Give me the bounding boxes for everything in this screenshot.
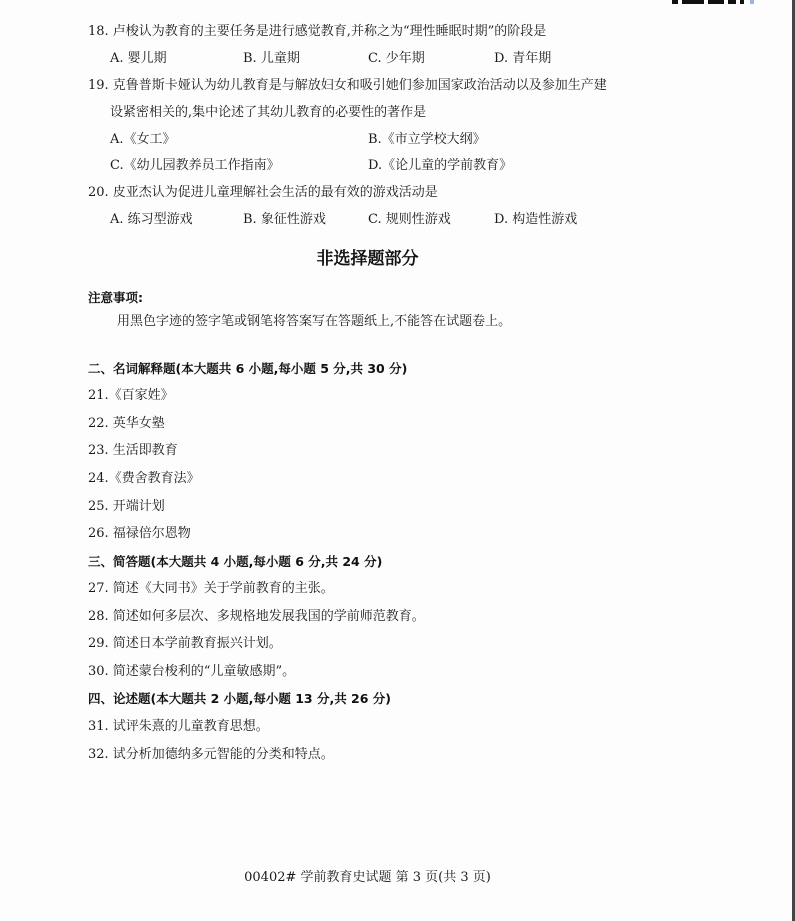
item-21: 21.《百家姓》 (88, 387, 174, 405)
item-32: 32. 试分析加德纳多元智能的分类和特点。 (88, 746, 334, 764)
question-18-option-c: C. 少年期 (368, 50, 425, 68)
item-28: 28. 简述如何多层次、多规格地发展我国的学前师范教育。 (88, 608, 425, 626)
question-20-stem: 20. 皮亚杰认为促进儿童理解社会生活的最有效的游戏活动是 (88, 184, 438, 202)
question-20-option-b: B. 象征性游戏 (243, 211, 326, 229)
exam-page: 18. 卢梭认为教育的主要任务是进行感觉教育,并称之为“理性睡眠时期”的阶段是 … (0, 0, 792, 921)
section-2-heading: 二、名词解释题(本大题共 6 小题,每小题 5 分,共 30 分) (88, 360, 407, 378)
page-footer: 00402# 学前教育史试题 第 3 页(共 3 页) (0, 869, 735, 887)
watermark-logo-fragment (672, 0, 754, 5)
question-18-option-d: D. 青年期 (494, 50, 551, 68)
item-23: 23. 生活即教育 (88, 442, 178, 460)
section-4-heading: 四、论述题(本大题共 2 小题,每小题 13 分,共 26 分) (88, 690, 391, 708)
question-20-option-d: D. 构造性游戏 (494, 211, 577, 229)
part-title: 非选择题部分 (0, 249, 735, 269)
question-19-stem-line1: 19. 克鲁普斯卡娅认为幼儿教育是与解放妇女和吸引她们参加国家政治活动以及参加生… (88, 77, 607, 95)
item-31: 31. 试评朱熹的儿童教育思想。 (88, 718, 269, 736)
question-19-stem-line2: 设紧密相关的,集中论述了其幼儿教育的必要性的著作是 (110, 104, 426, 122)
item-22: 22. 英华女塾 (88, 415, 165, 433)
question-20-option-c: C. 规则性游戏 (368, 211, 451, 229)
question-19-option-c: C.《幼儿园教养员工作指南》 (110, 157, 280, 175)
question-19-option-a: A.《女工》 (110, 131, 176, 149)
notice-heading: 注意事项: (88, 289, 143, 307)
question-19-option-b: B.《市立学校大纲》 (368, 131, 486, 149)
item-30: 30. 简述蒙台梭利的“儿童敏感期”。 (88, 663, 295, 681)
question-19-option-d: D.《论儿童的学前教育》 (368, 157, 512, 175)
notice-text: 用黑色字迹的签字笔或钢笔将答案写在答题纸上,不能答在试题卷上。 (117, 313, 511, 331)
item-24: 24.《费舍教育法》 (88, 470, 200, 488)
item-26: 26. 福禄倍尔恩物 (88, 525, 191, 543)
item-25: 25. 开端计划 (88, 498, 165, 516)
question-20-option-a: A. 练习型游戏 (110, 211, 193, 229)
question-18-stem: 18. 卢梭认为教育的主要任务是进行感觉教育,并称之为“理性睡眠时期”的阶段是 (88, 23, 546, 41)
item-29: 29. 简述日本学前教育振兴计划。 (88, 635, 282, 653)
section-3-heading: 三、简答题(本大题共 4 小题,每小题 6 分,共 24 分) (88, 553, 382, 571)
item-27: 27. 简述《大同书》关于学前教育的主张。 (88, 580, 334, 598)
question-18-option-a: A. 婴儿期 (110, 50, 167, 68)
question-18-option-b: B. 儿童期 (243, 50, 300, 68)
